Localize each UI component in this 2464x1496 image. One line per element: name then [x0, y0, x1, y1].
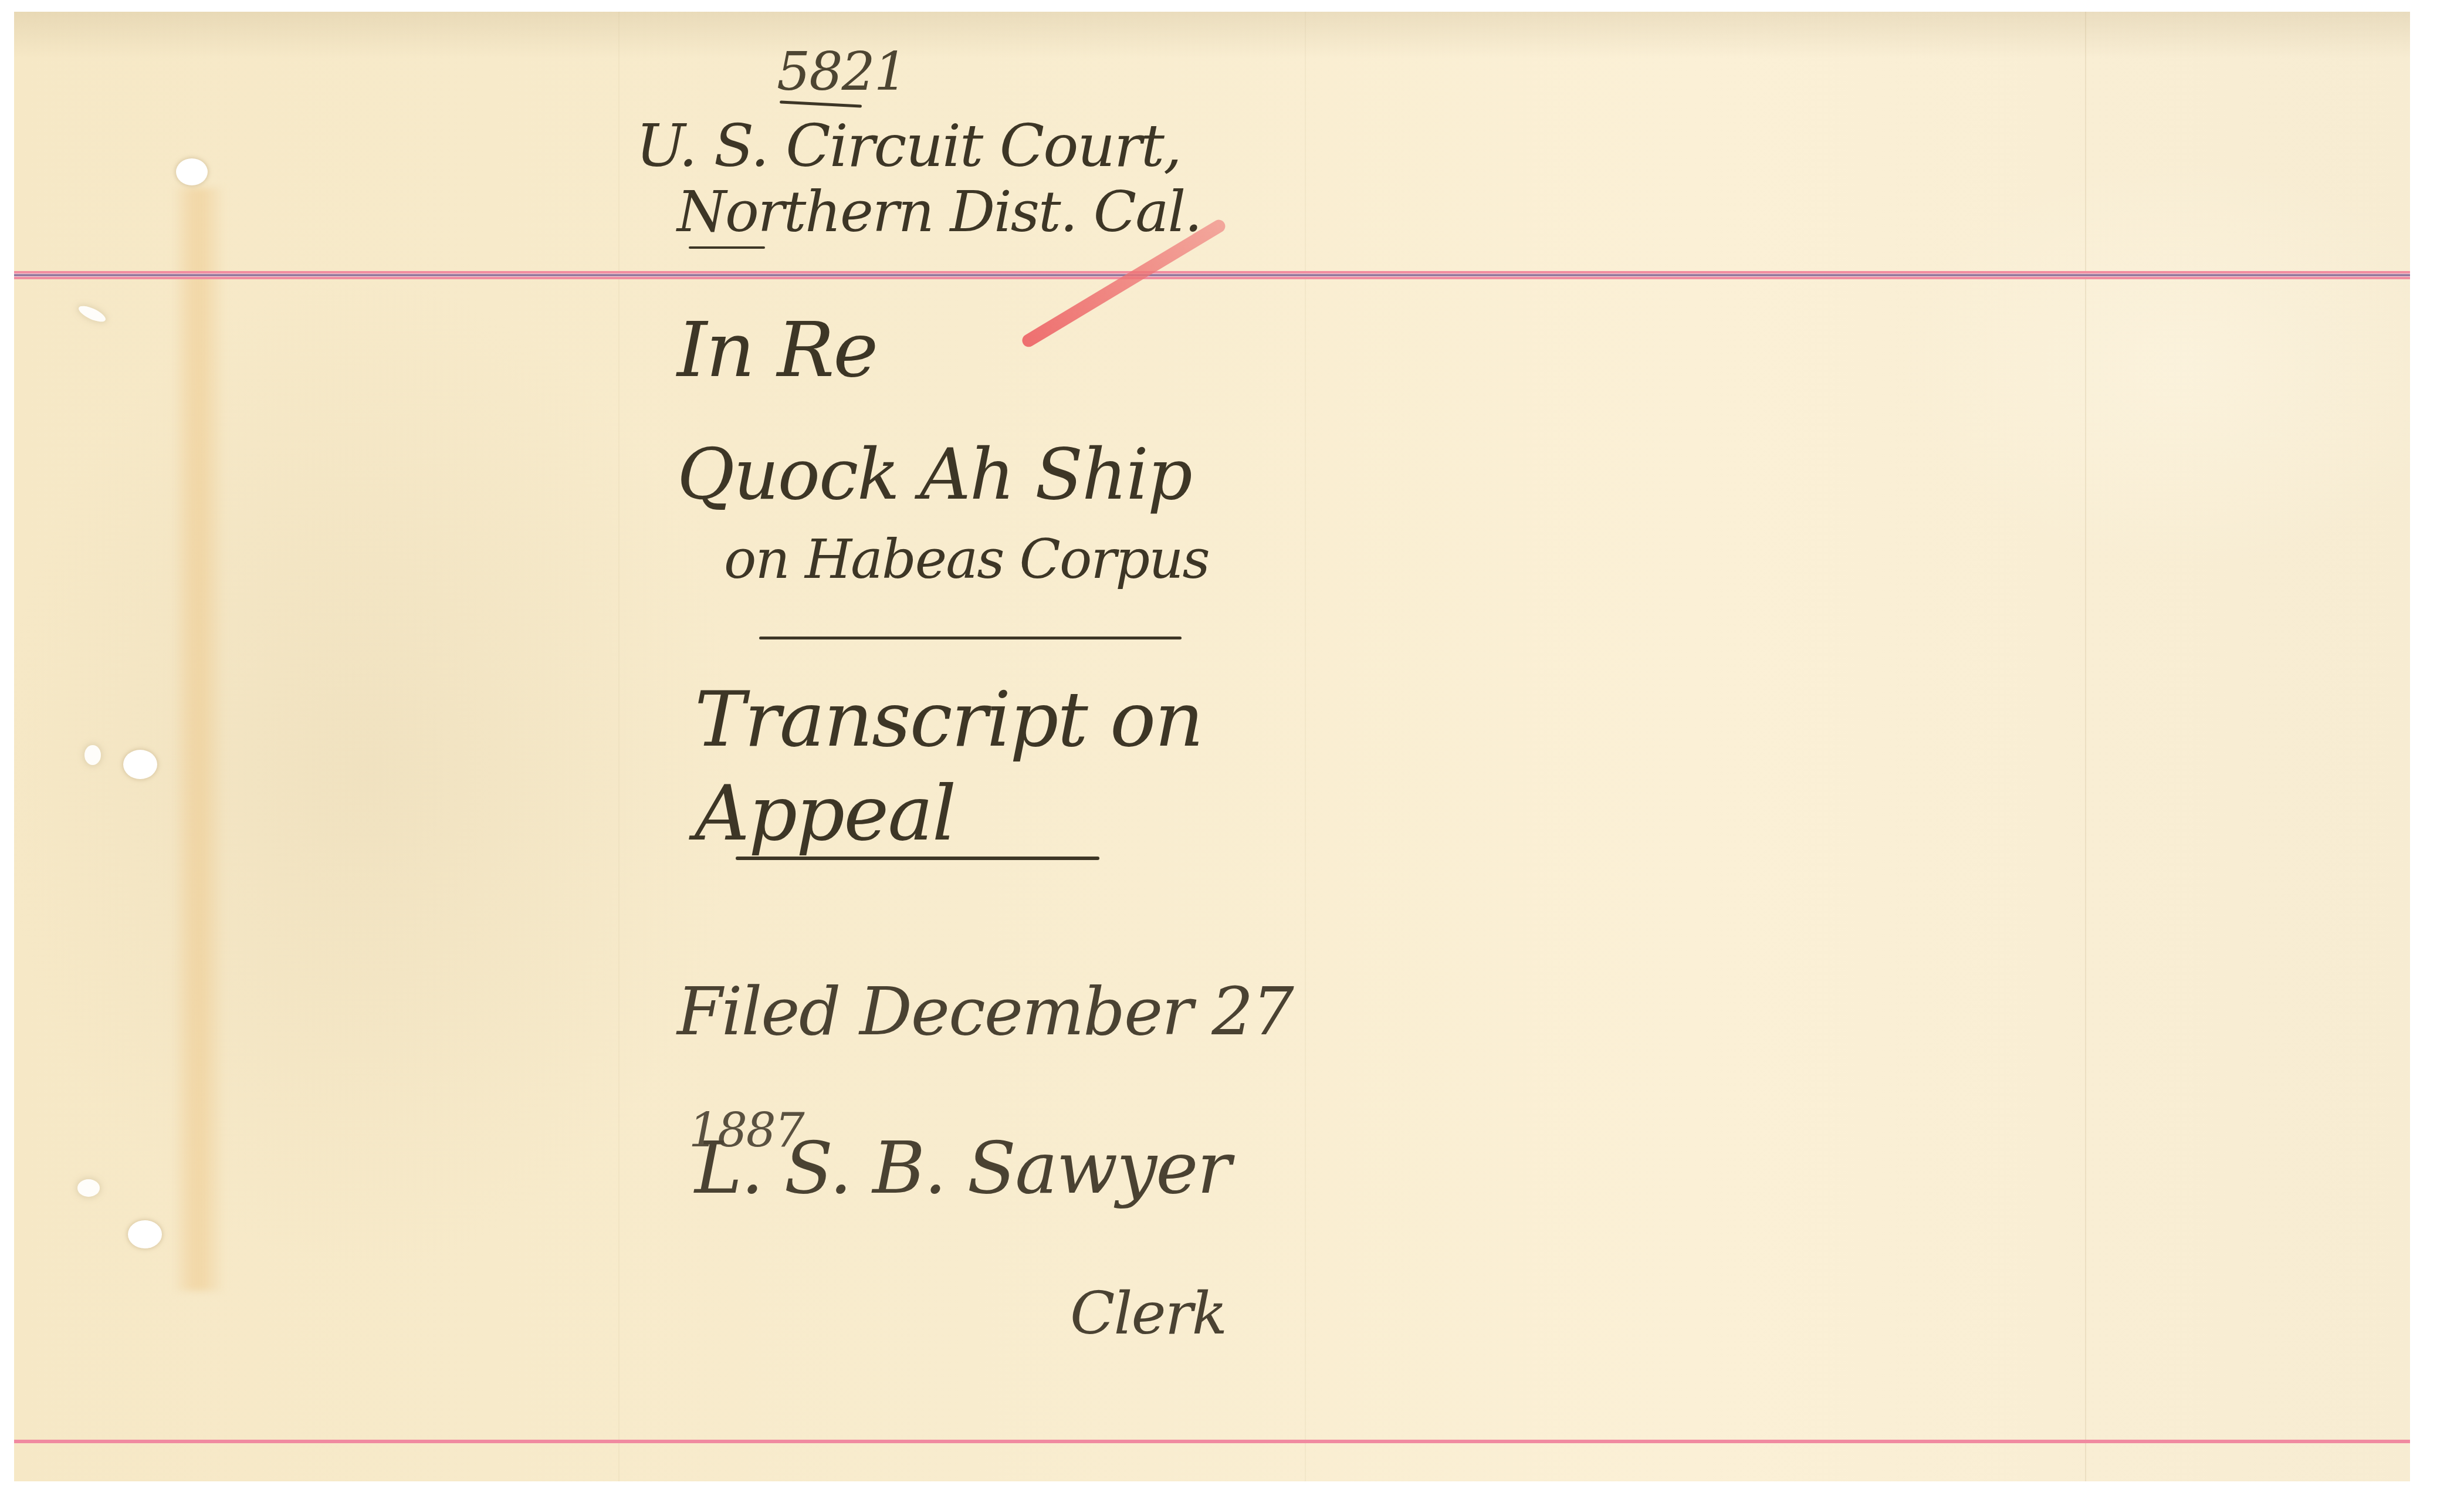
- top-shading: [14, 12, 2410, 59]
- document-scan: 5821 U. S. Circuit Court, Northern Dist.…: [14, 12, 2410, 1481]
- bottom-ruling-line: [14, 1440, 2410, 1443]
- ruling-faint: [1305, 12, 1306, 1481]
- top-ruling-line: [14, 271, 2410, 279]
- court-name: U. S. Circuit Court,: [636, 111, 1181, 180]
- paper-tear: [77, 1179, 100, 1197]
- title-underline: [736, 857, 1099, 860]
- ruling-faint: [618, 12, 620, 1481]
- caption-prefix: In Re: [677, 305, 877, 394]
- water-stain: [172, 188, 225, 1291]
- paper-tear: [84, 745, 101, 765]
- clerk-title: Clerk: [1070, 1279, 1226, 1348]
- fold-line: [2085, 12, 2086, 1481]
- section-divider: [759, 637, 1182, 639]
- court-underline: [689, 246, 765, 249]
- case-number: 5821: [777, 41, 906, 103]
- punch-hole: [128, 1220, 162, 1248]
- district-name: Northern Dist. Cal.: [677, 179, 1201, 245]
- document-title-line2: Appeal: [695, 769, 955, 858]
- punch-hole: [123, 750, 157, 779]
- paper-tear: [77, 303, 108, 324]
- punch-hole: [176, 158, 208, 185]
- clerk-signature: L. S. B. Sawyer: [695, 1126, 1230, 1210]
- filed-date: Filed December 27: [677, 974, 1293, 1050]
- party-name: Quock Ah Ship: [677, 434, 1192, 516]
- proceeding-type: on Habeas Corpus: [724, 528, 1209, 591]
- document-title-line1: Transcript on: [695, 675, 1203, 764]
